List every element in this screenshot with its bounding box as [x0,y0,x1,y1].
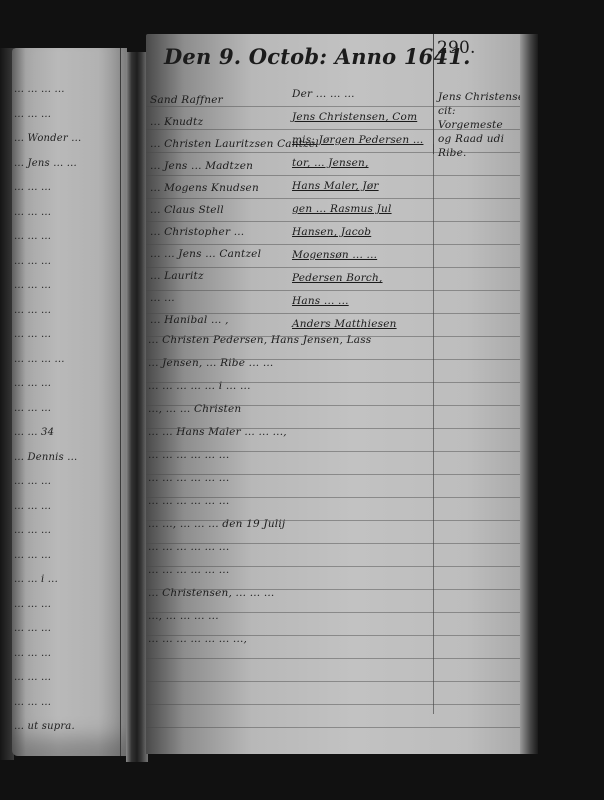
name-list-item: tor, ... Jensen, [292,157,369,169]
ruled-line [146,359,524,360]
left-page-line: ... ... ... [14,305,51,316]
name-list-item: ... Christopher ... [150,226,244,238]
name-list-item: Hansen, Jacob [292,226,371,238]
name-list-item: ... Knudtz [150,116,203,128]
ruled-line [146,497,524,498]
left-page-margin-rule [120,48,121,756]
left-page-line: ... ... i ... [14,574,58,585]
name-list-item: ... Jens ... Madtzen [150,160,253,172]
left-page-line: ... ... ... ... [14,84,65,95]
ruled-line [146,635,524,636]
left-page-line: ... ... ... [14,623,51,634]
ruled-line [146,474,524,475]
name-list-item: gen ... Rasmus Jul [292,203,392,215]
left-page-line: ... ... ... [14,329,51,340]
name-list-item: Hans Maler, Jør [292,180,379,192]
name-list-item: ... Hanibal ... , [150,314,229,326]
name-list-item: ... ... [150,292,175,304]
name-list-item: Pedersen Borch, [292,272,383,284]
ruled-line [146,382,524,383]
ruled-line [146,405,524,406]
left-page-line: ... ... ... [14,256,51,267]
ruled-line [146,129,524,130]
ruled-line [146,543,524,544]
left-page-line: ... Wonder ... [14,133,81,144]
left-page-line: ... ... ... [14,550,51,561]
ruled-line [146,704,524,705]
ruled-line [146,612,524,613]
book-gutter [126,52,148,762]
ruled-line [146,681,524,682]
left-page-line: ... ... ... [14,403,51,414]
ruled-line [146,221,524,222]
left-page-line: ... Dennis ... [14,452,77,463]
left-page-line: ... ... ... [14,378,51,389]
ruled-line [146,152,524,153]
page-number: 290. [437,38,476,58]
name-list-item: Jens Christensen, Com [292,111,417,123]
name-list-item: ... Lauritz [150,270,204,282]
ruled-line [146,658,524,659]
left-page-line: ... ... ... [14,697,51,708]
left-page-line: ... ... ... [14,476,51,487]
page-header-date: Den 9. Octob: Anno 1641. [164,44,471,69]
name-list-item: ... ... Jens ... Cantzel [150,248,261,260]
ruled-line [146,244,524,245]
left-page-line: ... ... ... [14,525,51,536]
name-list-item: ... Claus Stell [150,204,224,216]
ruled-line [146,336,524,337]
ruled-line [146,198,524,199]
name-list-item: Hans ... ... [292,295,349,307]
left-page-line: ... ... ... [14,648,51,659]
ruled-line [146,313,524,314]
left-page-line: ... ... ... [14,231,51,242]
margin-note-line: og Raad udi [438,132,504,146]
ruled-line [146,566,524,567]
left-page-line: ... ... ... [14,207,51,218]
ruled-line [146,290,524,291]
name-list-item: Anders Matthiesen [292,318,397,330]
margin-note-line: Ribe. [438,146,467,160]
left-page-line: ... ... ... [14,182,51,193]
left-page-line: ... ut supra. [14,721,75,732]
ruled-line [146,589,524,590]
left-page-line: ... ... ... [14,109,51,120]
name-list-item: Der ... ... ... [292,88,355,100]
name-list-item: Mogensøn ... ... [292,249,377,261]
ruled-line [146,520,524,521]
left-page: ... ... ... ...... ... ...... Wonder ...… [12,48,127,756]
margin-rule [433,144,434,714]
left-page-line: ... ... ... [14,280,51,291]
ruled-line [146,106,524,107]
margin-note-line: Jens Christensen [438,90,531,104]
name-list-item: Sand Raffner [150,94,223,106]
ruled-line [146,451,524,452]
ruled-line [146,175,524,176]
name-list-item: ... Mogens Knudsen [150,182,259,194]
left-page-line: ... ... 34 [14,427,54,438]
left-page-line: ... Jens ... ... [14,158,77,169]
left-page-line: ... ... ... [14,672,51,683]
name-list-item: mis: Jørgen Pedersen ... [292,134,423,146]
right-page-edge [520,34,538,754]
left-page-line: ... ... ... [14,599,51,610]
ruled-line [146,428,524,429]
ruled-line [146,727,524,728]
right-page: Den 9. Octob: Anno 1641. 290. Jens Chris… [146,34,524,754]
ruled-line [146,267,524,268]
left-page-line: ... ... ... [14,501,51,512]
left-page-line: ... ... ... ... [14,354,65,365]
